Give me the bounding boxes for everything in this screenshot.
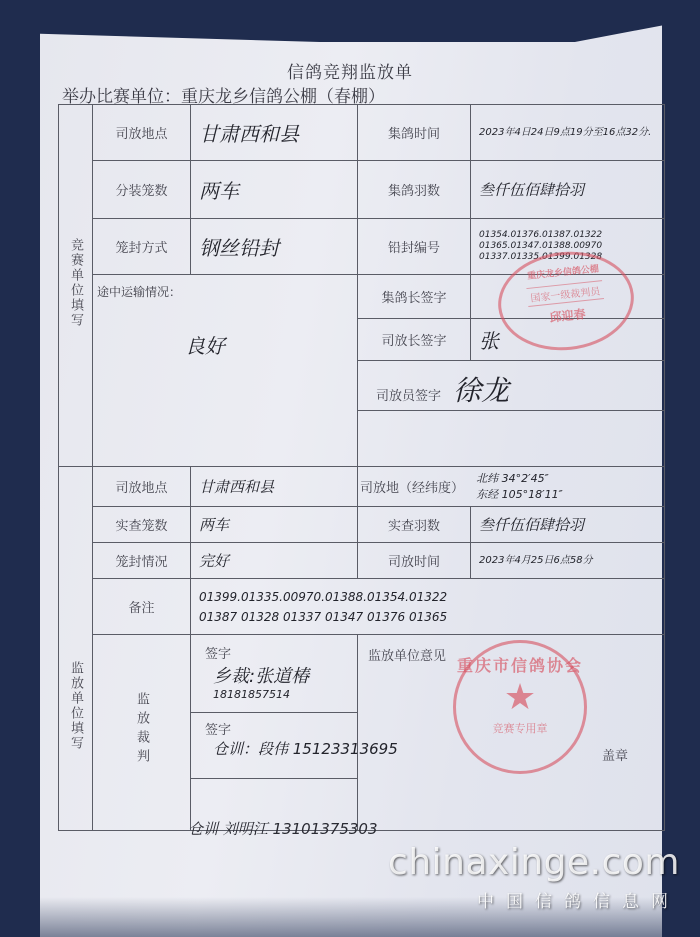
sign1-label: 签字	[205, 643, 357, 662]
stamp1-mid-text: 国家一级裁判员	[526, 280, 604, 307]
sign2-value: 仓训：段伟 15123313695	[205, 738, 357, 759]
collection-time-label: 集鸽时间	[358, 105, 471, 161]
transport-value: 良好	[177, 330, 353, 359]
seal-number-label: 铅封编号	[358, 219, 471, 275]
site-watermark: chinaxinge.com 中国信鸽信息网	[388, 842, 680, 912]
releaser-sign-cell: 司放员签字 徐龙	[358, 361, 665, 411]
coordinates-cell: 司放地（经纬度） 北纬 34°2′45″ 东经 105°18′11″	[358, 467, 665, 507]
transport-cell: 途中运输情况： 良好	[93, 275, 358, 467]
seal-method-label: 笼封方式	[93, 219, 191, 275]
stamp-label: 盖章	[602, 745, 628, 764]
release-time-label: 司放时间	[358, 543, 471, 579]
sup-release-location-label: 司放地点	[93, 467, 191, 507]
actual-count-value: 叁仟伍佰肆拾羽	[471, 507, 665, 543]
actual-crates-label: 实查笼数	[93, 507, 191, 543]
remarks-line-2: 01387 01328 01337 01347 01376 01365	[199, 607, 664, 627]
competition-section-label: 竞赛单位填写	[59, 105, 93, 467]
actual-crates-value: 两车	[191, 507, 358, 543]
remarks-cell: 01399.01335.00970.01388.01354.01322 0138…	[191, 579, 665, 635]
release-time-value: 2023年4月25日6点58分	[471, 543, 665, 579]
sign1-cell: 签字 乡裁:张道椿 18181857514	[191, 635, 358, 713]
coordinates-lat: 北纬 34°2′45″	[468, 472, 549, 485]
release-location-label: 司放地点	[93, 105, 191, 161]
collection-head-sign-label: 集鸽长签字	[358, 275, 471, 319]
crates-value: 两车	[191, 161, 358, 219]
sign1-phone: 18181857514	[205, 688, 357, 701]
seal-status-value: 完好	[191, 543, 358, 579]
collection-count-label: 集鸽羽数	[358, 161, 471, 219]
actual-count-label: 实查羽数	[358, 507, 471, 543]
releaser-sign-space	[358, 411, 665, 467]
sign1-value: 乡裁:张道椿	[205, 662, 357, 688]
remarks-label: 备注	[93, 579, 191, 635]
form-title: 信鸽竞翔监放单	[0, 58, 700, 83]
coordinates-label: 司放地（经纬度）	[360, 477, 464, 496]
stamp1-bottom-text: 邱迎春	[502, 300, 633, 330]
referee-label-cell: 监放裁判	[93, 635, 191, 831]
transport-label: 途中运输情况：	[97, 283, 353, 300]
seal-method-value: 钢丝铅封	[191, 219, 358, 275]
releaser-sign-label: 司放员签字	[376, 389, 441, 404]
collection-time-value: 2023年4日24日9点19分至16点32分.	[471, 105, 665, 161]
watermark-name: 中国信鸽信息网	[388, 887, 680, 912]
collection-count-value: 叁仟伍佰肆拾羽	[471, 161, 665, 219]
crates-label: 分装笼数	[93, 161, 191, 219]
stamp2-bottom-text: 竞赛专用章	[456, 720, 584, 736]
supervision-section-label: 监放单位填写	[59, 467, 93, 831]
coordinates-values: 北纬 34°2′45″ 东经 105°18′11″	[468, 471, 563, 503]
release-head-sign-label: 司放长签字	[358, 319, 471, 361]
remarks-line-1: 01399.01335.00970.01388.01354.01322	[199, 587, 664, 607]
association-seal-stamp: 重庆市信鸽协会 ★ 竞赛专用章	[453, 640, 587, 774]
star-icon: ★	[456, 678, 584, 718]
release-location-value: 甘肃西和县	[191, 105, 358, 161]
sign3-value: 仓训 刘明江 13101375303	[188, 818, 378, 839]
sup-release-location-value: 甘肃西和县	[191, 467, 358, 507]
seal-status-label: 笼封情况	[93, 543, 191, 579]
watermark-url: chinaxinge.com	[388, 842, 680, 883]
sign2-cell: 签字 仓训：段伟 15123313695	[191, 713, 358, 779]
stamp2-top-text: 重庆市信鸽协会	[456, 653, 584, 676]
releaser-sign-value: 徐龙	[445, 374, 509, 407]
sign2-label: 签字	[205, 719, 357, 738]
coordinates-lon: 东经 105°18′11″	[468, 488, 563, 501]
